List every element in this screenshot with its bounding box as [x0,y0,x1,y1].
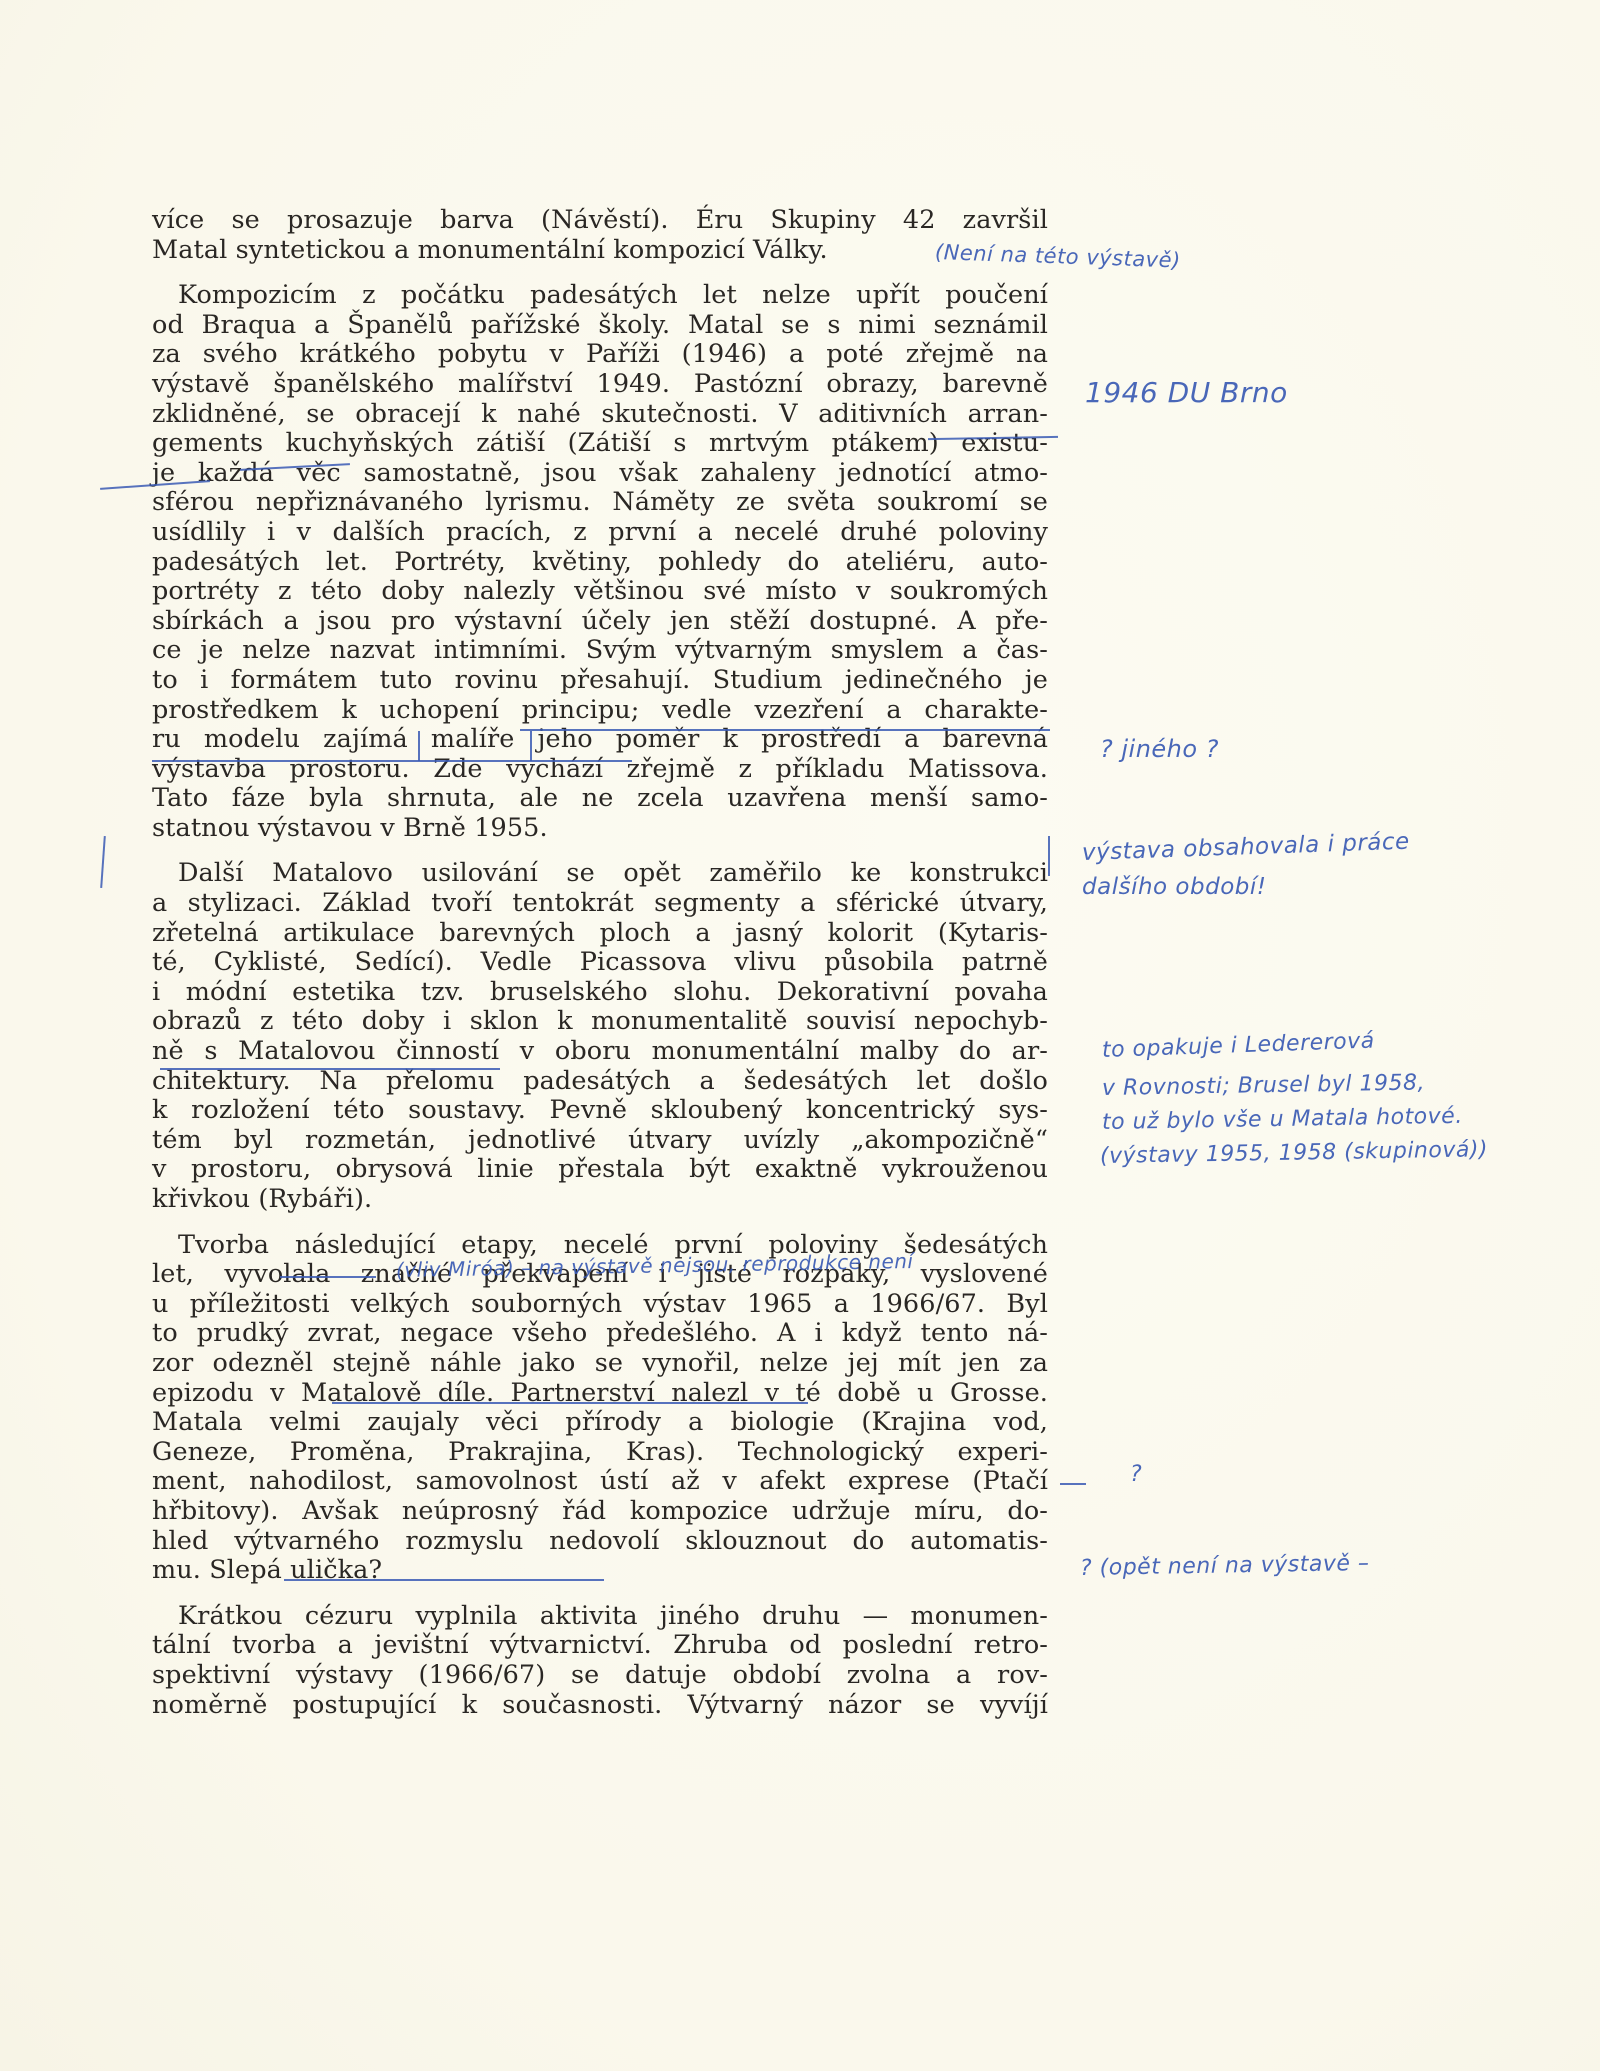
handwritten-note-exhibition-content: výstava obsahovala i práce [1082,829,1411,866]
paragraph-4: Tvorba následující etapy, necelé první p… [152,1231,1048,1586]
pen-bracket [100,836,106,888]
text-line: prostředkem k uchopení principu; vedle v… [152,696,1048,726]
text-line: hřbitovy). Avšak neúprosný řád kompozice… [152,1497,1048,1527]
text-line: ment, nahodilost, samovolnost ústí až v … [152,1467,1048,1497]
handwritten-note-question: ? jiného ? [1100,735,1219,763]
pen-underline [284,1579,604,1581]
handwritten-note-1946-du-brno: 1946 DU Brno [1085,376,1288,409]
text-line: spektivní výstavy (1966/67) se datuje ob… [152,1661,1048,1691]
handwritten-note-again-not-exhibited: ? (opět není na výstavě – [1080,1551,1370,1581]
text-line: sbírkách a jsou pro výstavní účely jen s… [152,607,1048,637]
text-line: v prostoru, obrysová linie přestala být … [152,1155,1048,1185]
text-line: té, Cyklisté, Sedící). Vedle Picassova v… [152,948,1048,978]
text-line: k rozložení této soustavy. Pevně skloube… [152,1096,1048,1126]
pen-underline [152,760,632,762]
handwritten-note-ledererova: to už bylo vše u Matala hotové. [1102,1104,1463,1135]
text-line: noměrně postupující k současnosti. Výtva… [152,1691,1048,1721]
pen-underline [332,1402,808,1404]
text-line: Geneze, Proměna, Prakrajina, Kras). Tech… [152,1438,1048,1468]
body-text: více se prosazuje barva (Návěstí). Éru S… [152,206,1048,1736]
text-line: statnou výstavou v Brně 1955. [152,814,1048,844]
text-line: Kompozicím z počátku padesátých let nelz… [152,281,1048,311]
text-line: hled výtvarného rozmyslu nedovolí sklouz… [152,1527,1048,1557]
text-line: portréty z této doby nalezly většinou sv… [152,577,1048,607]
text-line: Matala velmi zaujaly věci přírody a biol… [152,1408,1048,1438]
text-line: Tato fáze byla shrnuta, ale ne zcela uza… [152,784,1048,814]
handwritten-note-ledererova: to opakuje i Ledererová [1102,1028,1376,1063]
text-line: zklidněné, se obracejí k nahé skutečnost… [152,400,1048,430]
paragraph-3: Další Matalovo usilování se opět zaměřil… [152,859,1048,1214]
pen-bracket [1048,836,1050,876]
pen-box [418,731,420,761]
text-line: Matal syntetickou a monumentální kompozi… [152,236,1048,266]
text-line: křivkou (Rybáři). [152,1185,1048,1215]
text-line: sférou nepřiznávaného lyrismu. Náměty ze… [152,488,1048,518]
text-line: tální tvorba a jevištní výtvarnictví. Zh… [152,1631,1048,1661]
text-line: a stylizaci. Základ tvoří tentokrát segm… [152,889,1048,919]
document-page: více se prosazuje barva (Návěstí). Éru S… [0,0,1600,2071]
text-line: zřetelná artikulace barevných ploch a ja… [152,919,1048,949]
text-line: to prudký zvrat, negace všeho předešlého… [152,1319,1048,1349]
paragraph-1: více se prosazuje barva (Návěstí). Éru S… [152,206,1048,265]
handwritten-note-question: ? [1130,1462,1142,1487]
text-line: tém byl rozmetán, jednotlivé útvary uvíz… [152,1126,1048,1156]
text-line: mu. Slepá ulička? [152,1556,1048,1586]
pen-underline [520,729,1050,731]
handwritten-note-exhibition-content: dalšího období! [1082,874,1266,900]
pen-underline [160,1068,500,1070]
text-line: Další Matalovo usilování se opět zaměřil… [152,859,1048,889]
text-line: to i formátem tuto rovinu přesahují. Stu… [152,666,1048,696]
pen-dash [1060,1483,1086,1485]
text-line: i módní estetika tzv. bruselského slohu.… [152,978,1048,1008]
text-line: za svého krátkého pobytu v Paříži (1946)… [152,340,1048,370]
pen-underline [280,1276,376,1278]
text-line: více se prosazuje barva (Návěstí). Éru S… [152,206,1048,236]
text-line: gements kuchyňských zátiší (Zátiší s mrt… [152,429,1048,459]
text-line: chitektury. Na přelomu padesátých a šede… [152,1067,1048,1097]
text-line: obrazů z této doby i sklon k monumentali… [152,1007,1048,1037]
handwritten-note-ledererova: v Rovnosti; Brusel byl 1958, [1102,1070,1425,1101]
text-line: usídlily i v dalších pracích, z první a … [152,518,1048,548]
handwritten-note-ledererova: (výstavy 1955, 1958 (skupinová)) [1100,1137,1488,1169]
text-line: ně s Matalovou činností v oboru monument… [152,1037,1048,1067]
text-line: je každá věc samostatně, jsou však zahal… [152,459,1048,489]
text-line: padesátých let. Portréty, květiny, pohle… [152,548,1048,578]
text-line: zor odezněl stejně náhle jako se vynořil… [152,1349,1048,1379]
paragraph-5: Krátkou cézuru vyplnila aktivita jiného … [152,1602,1048,1720]
pen-box [530,731,532,761]
text-line: výstavě španělského malířství 1949. Past… [152,370,1048,400]
text-line: u příležitosti velkých souborných výstav… [152,1290,1048,1320]
text-line: od Braqua a Španělů pařížské školy. Mata… [152,311,1048,341]
text-line: ce je nelze nazvat intimními. Svým výtva… [152,636,1048,666]
text-line: Krátkou cézuru vyplnila aktivita jiného … [152,1602,1048,1632]
